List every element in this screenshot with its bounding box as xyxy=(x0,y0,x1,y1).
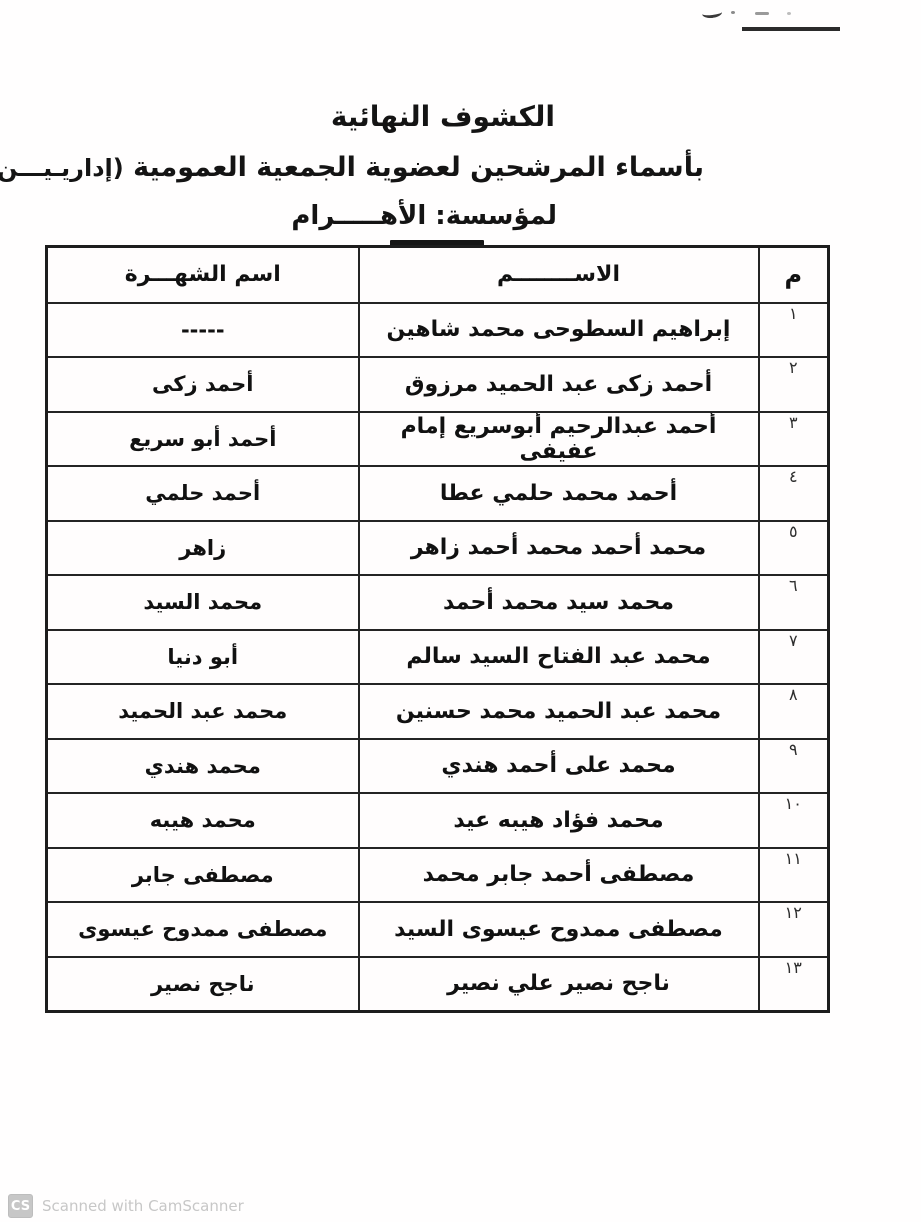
table-row: ٥محمد أحمد محمد أحمد زاهرزاهر xyxy=(47,521,829,576)
organization-label: لمؤسسة: xyxy=(426,201,557,231)
subtitle-main-text: بأسماء المرشحين لعضوية الجمعية العمومية xyxy=(124,152,704,183)
scan-speck xyxy=(731,11,735,14)
row-number-cell: ٩ xyxy=(759,739,829,794)
scan-line-mark xyxy=(742,27,840,31)
candidate-name-cell: محمد سيد محمد أحمد xyxy=(359,575,759,630)
candidate-name-cell: محمد عبد الحميد محمد حسنين xyxy=(359,684,759,739)
table-row: ٨محمد عبد الحميد محمد حسنينمحمد عبد الحم… xyxy=(47,684,829,739)
camscanner-logo-icon: CS xyxy=(8,1194,33,1218)
table-row: ٢أحمد زكى عبد الحميد مرزوقأحمد زكى xyxy=(47,357,829,412)
candidate-name-cell: محمد فؤاد هيبه عيد xyxy=(359,793,759,848)
row-number-cell: ٦ xyxy=(759,575,829,630)
nickname-cell: أحمد أبو سريع xyxy=(47,412,359,467)
scan-speck xyxy=(755,12,769,15)
row-number-cell: ٤ xyxy=(759,466,829,521)
row-number-cell: ١٠ xyxy=(759,793,829,848)
candidate-name-cell: أحمد محمد حلمي عطا xyxy=(359,466,759,521)
scanned-document-page: الكشوف النهائية بأسماء المرشحين لعضوية ا… xyxy=(0,0,921,1222)
row-number-cell: ٣ xyxy=(759,412,829,467)
row-number-cell: ١٣ xyxy=(759,957,829,1012)
camscanner-watermark: CS Scanned with CamScanner xyxy=(8,1193,244,1219)
nickname-cell: محمد هيبه xyxy=(47,793,359,848)
candidate-name-cell: مصطفى ممدوح عيسوى السيد xyxy=(359,902,759,957)
table-row: ١٣ناجح نصير علي نصيرناجح نصير xyxy=(47,957,829,1012)
nickname-cell: مصطفى ممدوح عيسوى xyxy=(47,902,359,957)
row-number-cell: ١٢ xyxy=(759,902,829,957)
table-row: ١٠محمد فؤاد هيبه عيدمحمد هيبه xyxy=(47,793,829,848)
candidate-name-cell: أحمد زكى عبد الحميد مرزوق xyxy=(359,357,759,412)
candidate-name-cell: أحمد عبدالرحيم أبوسريع إمام عفيفى xyxy=(359,412,759,467)
candidates-table: م الاســــــــم اسم الشهـــرة ١إبراهيم ا… xyxy=(45,245,830,1013)
organization-line: لمؤسسة: الأهـــــرام xyxy=(291,201,557,231)
row-number-cell: ١١ xyxy=(759,848,829,903)
nickname-cell: محمد هندي xyxy=(47,739,359,794)
table-row: ١١مصطفى أحمد جابر محمدمصطفى جابر xyxy=(47,848,829,903)
camscanner-text: Scanned with CamScanner xyxy=(42,1197,244,1215)
candidate-name-cell: إبراهيم السطوحى محمد شاهين xyxy=(359,303,759,358)
subtitle-paren-text: (إداريـيـــن) xyxy=(0,154,124,182)
header-name: الاســــــــم xyxy=(359,247,759,303)
candidate-name-cell: محمد عبد الفتاح السيد سالم xyxy=(359,630,759,685)
scan-speck xyxy=(787,12,791,15)
header-nickname: اسم الشهـــرة xyxy=(47,247,359,303)
candidate-name-cell: ناجح نصير علي نصير xyxy=(359,957,759,1012)
table-row: ١٢مصطفى ممدوح عيسوى السيدمصطفى ممدوح عيس… xyxy=(47,902,829,957)
row-number-cell: ٧ xyxy=(759,630,829,685)
candidate-name-cell: محمد أحمد محمد أحمد زاهر xyxy=(359,521,759,576)
header-number: م xyxy=(759,247,829,303)
nickname-cell: زاهر xyxy=(47,521,359,576)
document-subtitle: بأسماء المرشحين لعضوية الجمعية العمومية … xyxy=(0,152,704,183)
table-header-row: م الاســــــــم اسم الشهـــرة xyxy=(47,247,829,303)
row-number-cell: ٨ xyxy=(759,684,829,739)
table-body: ١إبراهيم السطوحى محمد شاهين-----٢أحمد زك… xyxy=(47,303,829,1012)
row-number-cell: ٢ xyxy=(759,357,829,412)
row-number-cell: ٥ xyxy=(759,521,829,576)
nickname-cell: ناجح نصير xyxy=(47,957,359,1012)
candidate-name-cell: مصطفى أحمد جابر محمد xyxy=(359,848,759,903)
scan-mark-icon xyxy=(702,7,723,19)
document-title: الكشوف النهائية xyxy=(331,100,555,133)
nickname-cell: مصطفى جابر xyxy=(47,848,359,903)
table-row: ١إبراهيم السطوحى محمد شاهين----- xyxy=(47,303,829,358)
candidate-name-cell: محمد على أحمد هندي xyxy=(359,739,759,794)
nickname-cell: محمد السيد xyxy=(47,575,359,630)
table-row: ٣أحمد عبدالرحيم أبوسريع إمام عفيفىأحمد أ… xyxy=(47,412,829,467)
table-row: ٩محمد على أحمد هنديمحمد هندي xyxy=(47,739,829,794)
table-row: ٦محمد سيد محمد أحمدمحمد السيد xyxy=(47,575,829,630)
row-number-cell: ١ xyxy=(759,303,829,358)
nickname-cell: محمد عبد الحميد xyxy=(47,684,359,739)
table-row: ٤أحمد محمد حلمي عطاأحمد حلمي xyxy=(47,466,829,521)
nickname-cell: أحمد حلمي xyxy=(47,466,359,521)
nickname-cell: أحمد زكى xyxy=(47,357,359,412)
nickname-cell: ----- xyxy=(47,303,359,358)
organization-name: الأهـــــرام xyxy=(291,201,426,231)
nickname-cell: أبو دنيا xyxy=(47,630,359,685)
table-row: ٧محمد عبد الفتاح السيد سالمأبو دنيا xyxy=(47,630,829,685)
